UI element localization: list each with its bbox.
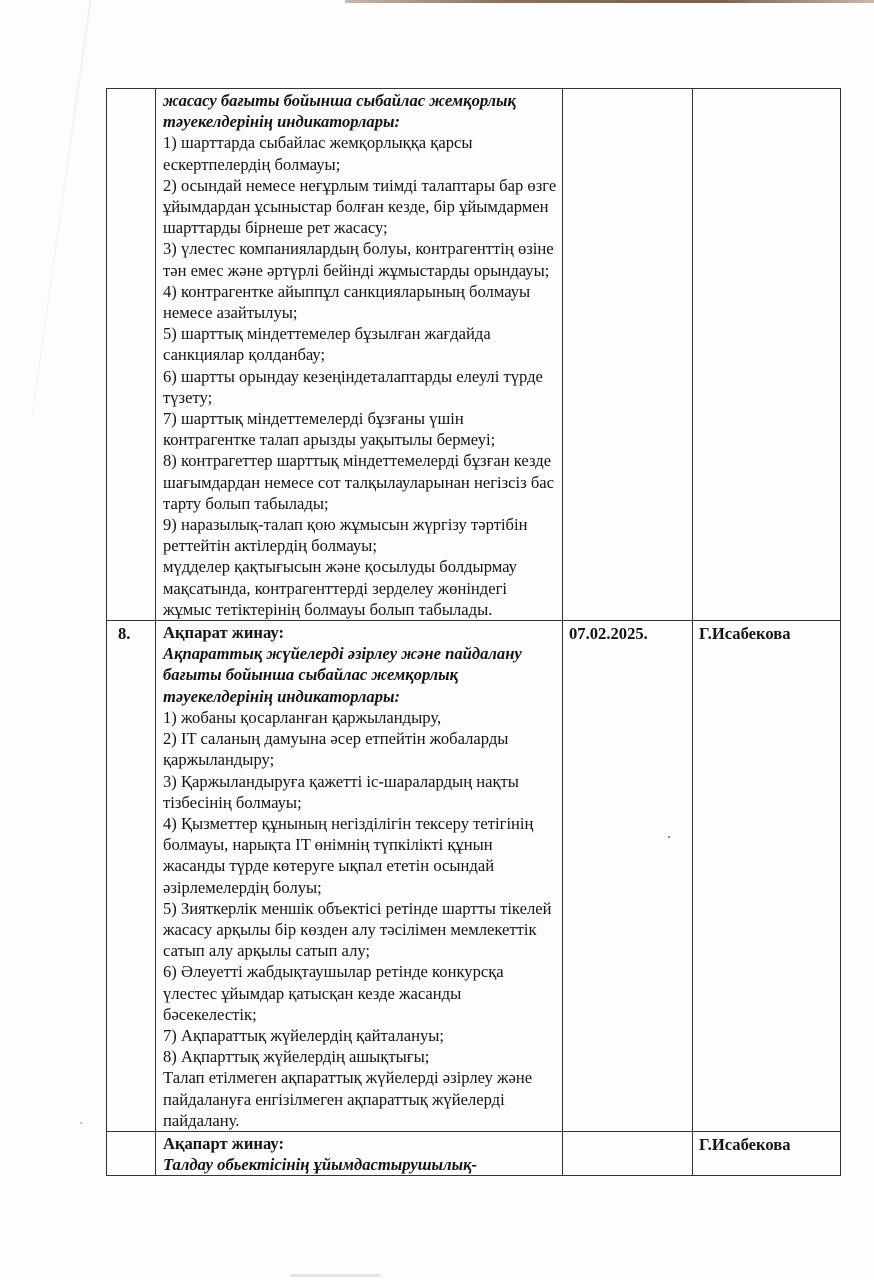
indicator-item: 8) Ақпарттық жүйелердің ашықтығы;: [163, 1046, 558, 1067]
date-cell: [563, 89, 693, 621]
indicator-item: 7) шарттық міндеттемелерді бұзғаны үшін …: [163, 408, 558, 450]
indicator-item: 1) жобаны қосарланған қаржыландыру,: [163, 707, 558, 728]
row-number-cell: [107, 1131, 156, 1175]
row-number-cell: 8.: [107, 621, 156, 1132]
indicator-item: 3) үлестес компаниялардың болуы, контраг…: [163, 238, 558, 280]
indicator-item: 5) Зияткерлік меншік объектісі ретінде ш…: [163, 898, 558, 962]
responsible-person: Г.Исабекова: [693, 621, 840, 644]
row-number-cell: [107, 89, 156, 621]
table-row: жасасу бағыты бойынша сыбайлас жемқорлық…: [107, 89, 841, 621]
photo-edge-band: [345, 0, 874, 3]
row-number: [107, 1132, 155, 1134]
indicator-item: 4) контрагентке айыппұл санкцияларының б…: [163, 281, 558, 323]
responsible-cell: Г.Исабекова: [693, 621, 841, 1132]
indicator-item: 7) Ақпараттық жүйелердің қайталануы;: [163, 1025, 558, 1046]
row-number: [107, 89, 155, 91]
date-cell: 07.02.2025.: [563, 621, 693, 1132]
responsible-cell: Г.Исабекова: [693, 1131, 841, 1175]
indicator-item: 2) осындай немесе неғұрлым тиімді талапт…: [163, 175, 558, 239]
scan-speck: [80, 1122, 82, 1124]
indicator-item: Талап етілмеген ақпараттық жүйелерді әзі…: [163, 1067, 558, 1131]
indicator-item: 6) Әлеуетті жабдықтаушылар ретінде конку…: [163, 961, 558, 1025]
indicators-subheading: жасасу бағыты бойынша сыбайлас жемқорлық…: [163, 90, 558, 132]
responsible-person: [693, 89, 840, 91]
responsible-person: Г.Исабекова: [693, 1132, 840, 1155]
deadline-date: 07.02.2025.: [563, 621, 692, 644]
scan-artifact: [290, 1274, 380, 1277]
indicator-item: 8) контрагеттер шарттық міндеттемелерді …: [163, 450, 558, 514]
date-cell: [563, 1131, 693, 1175]
measure-heading: Ақапарт жинау:: [163, 1133, 558, 1154]
deadline-date: [563, 89, 692, 91]
indicator-item: 1) шарттарда сыбайлас жемқорлыққа қарсы …: [163, 132, 558, 174]
paper-edge: [30, 0, 91, 420]
measure-cell: Ақпарат жинау:Ақпараттық жүйелерді әзірл…: [156, 621, 563, 1132]
indicator-item: 5) шарттық міндеттемелер бұзылған жағдай…: [163, 323, 558, 365]
table-row: 8.Ақпарат жинау:Ақпараттық жүйелерді әзі…: [107, 621, 841, 1132]
indicator-item: 4) Қызметтер құнының негізділігін тексер…: [163, 813, 558, 898]
indicators-subheading: Талдау обьектісінің ұйымдастырушылық-: [163, 1154, 558, 1175]
indicator-item: 9) наразылық-талап қою жұмысын жүргізу т…: [163, 514, 558, 556]
indicator-item: 3) Қаржыландыруға қажетті іс-шаралардың …: [163, 771, 558, 813]
responsible-cell: [693, 89, 841, 621]
scan-speck: [668, 836, 670, 838]
measure-cell: жасасу бағыты бойынша сыбайлас жемқорлық…: [156, 89, 563, 621]
measure-heading: Ақпарат жинау:: [163, 622, 558, 643]
indicator-item: 6) шартты орындау кезеңіндеталаптарды ел…: [163, 366, 558, 408]
indicators-subheading: Ақпараттық жүйелерді әзірлеу және пайдал…: [163, 643, 558, 707]
indicator-item: 2) IT саланың дамуына әсер етпейтін жоба…: [163, 728, 558, 770]
row-number: 8.: [107, 621, 155, 644]
measure-cell: Ақапарт жинау:Талдау обьектісінің ұйымда…: [156, 1131, 563, 1175]
indicator-item: мүдделер қақтығысын және қосылуды болдыр…: [163, 556, 558, 620]
risk-indicators-table: жасасу бағыты бойынша сыбайлас жемқорлық…: [106, 88, 841, 1176]
table-row: Ақапарт жинау:Талдау обьектісінің ұйымда…: [107, 1131, 841, 1175]
deadline-date: [563, 1132, 692, 1134]
